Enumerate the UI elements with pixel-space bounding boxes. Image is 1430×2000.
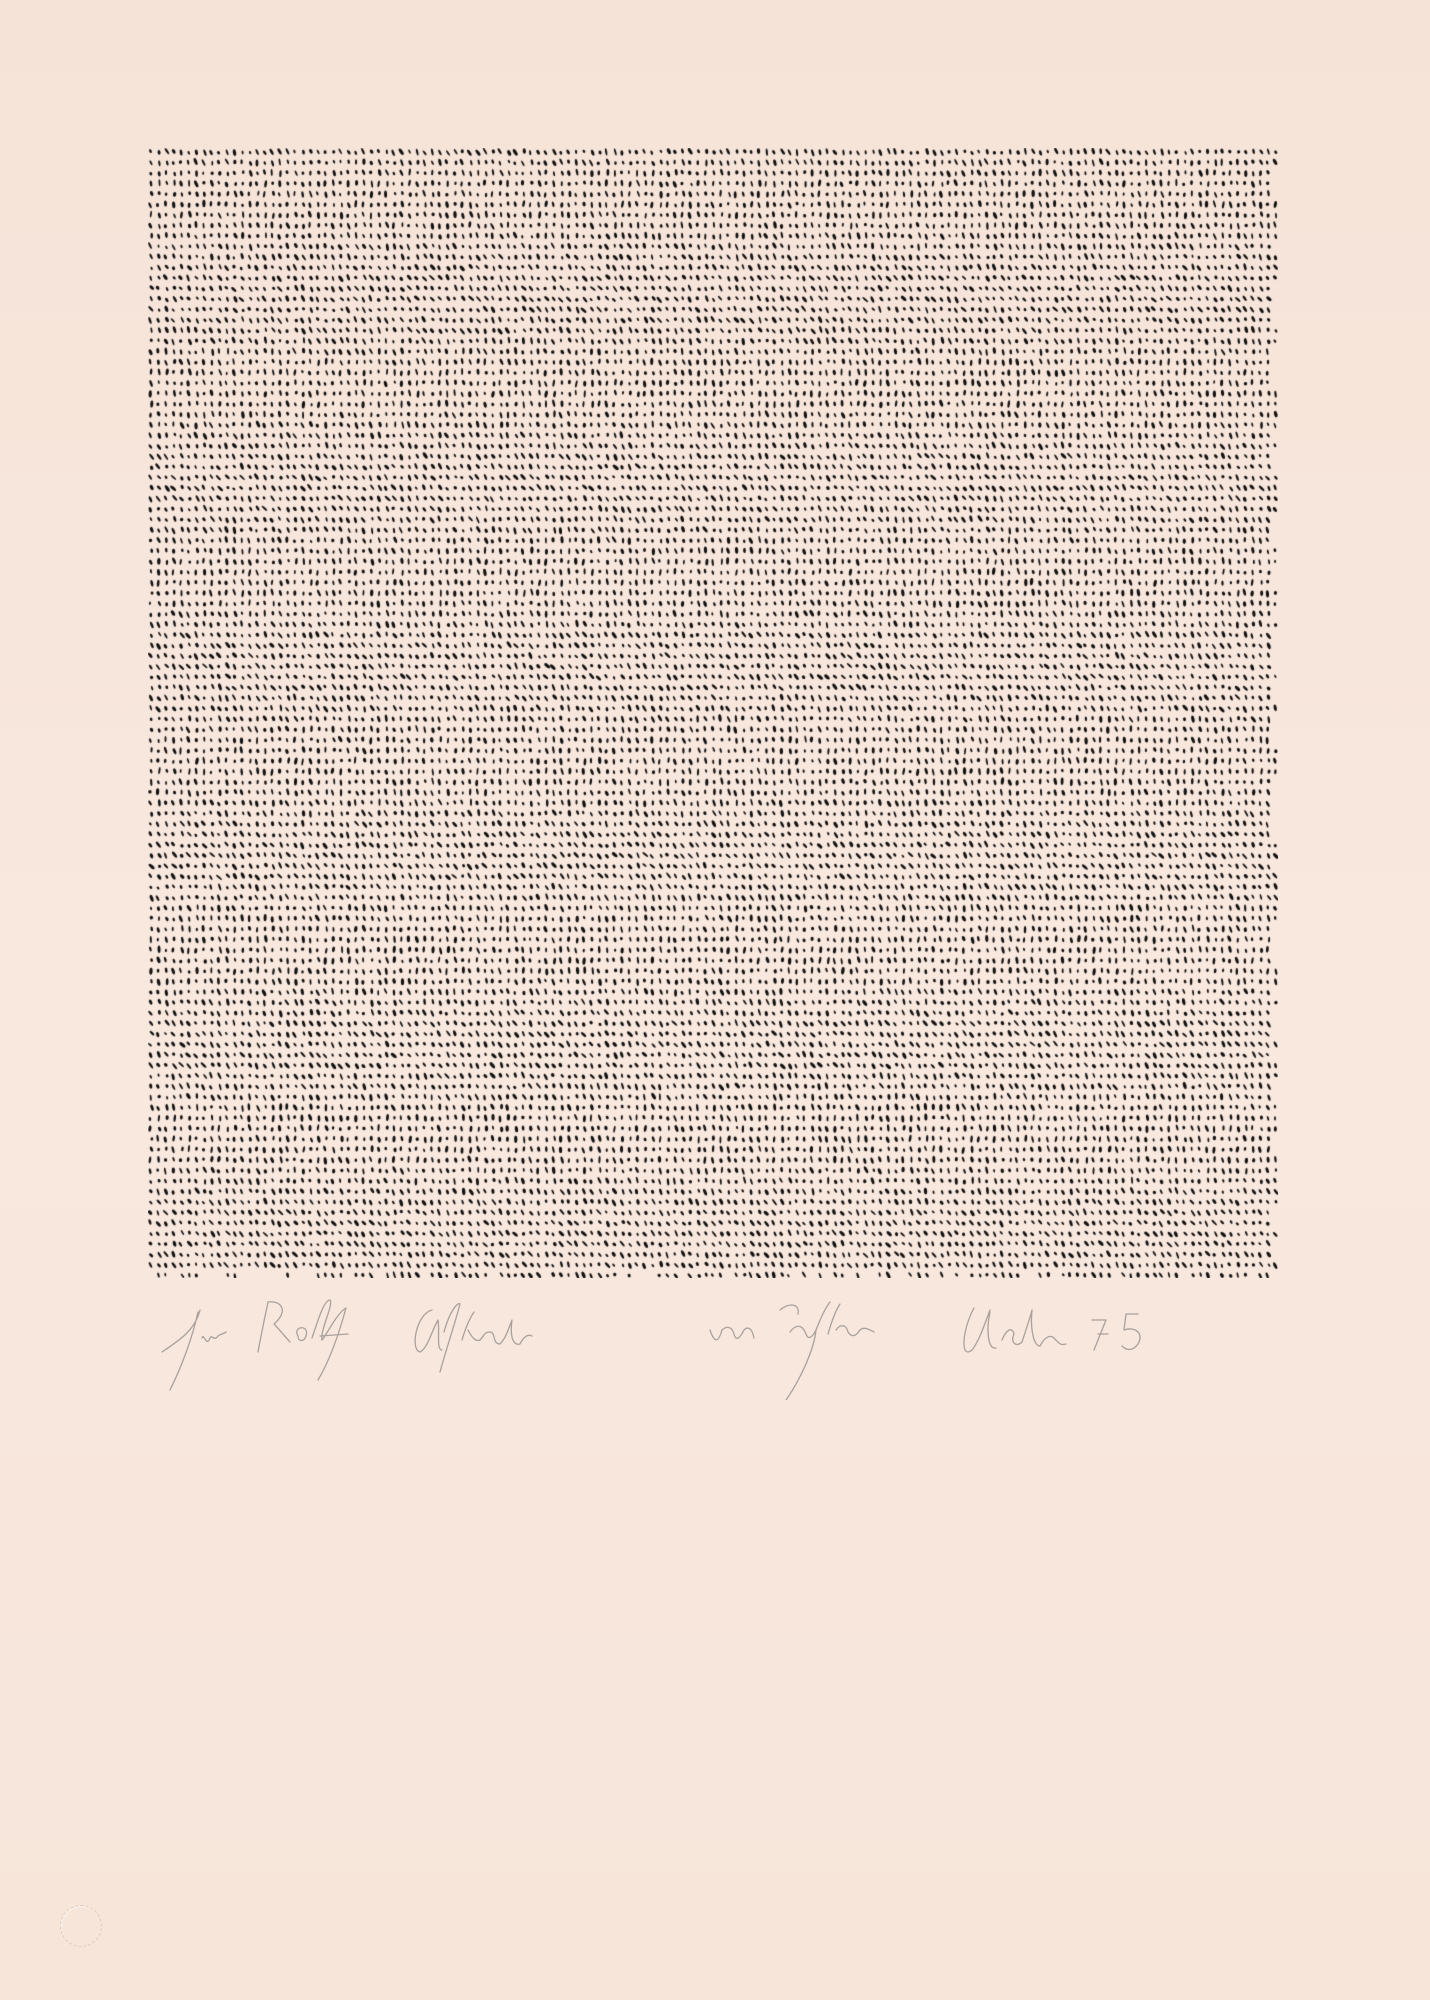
handwriting-icon: [140, 1290, 1320, 1400]
pencil-inscription: für Rolf Schröcke von Günther Uecker 75: [140, 1290, 1320, 1400]
ink-mark-field: [148, 148, 1278, 1278]
paper-sheet: für Rolf Schröcke von Günther Uecker 75: [0, 0, 1430, 2000]
blind-stamp-icon: [60, 1905, 102, 1947]
